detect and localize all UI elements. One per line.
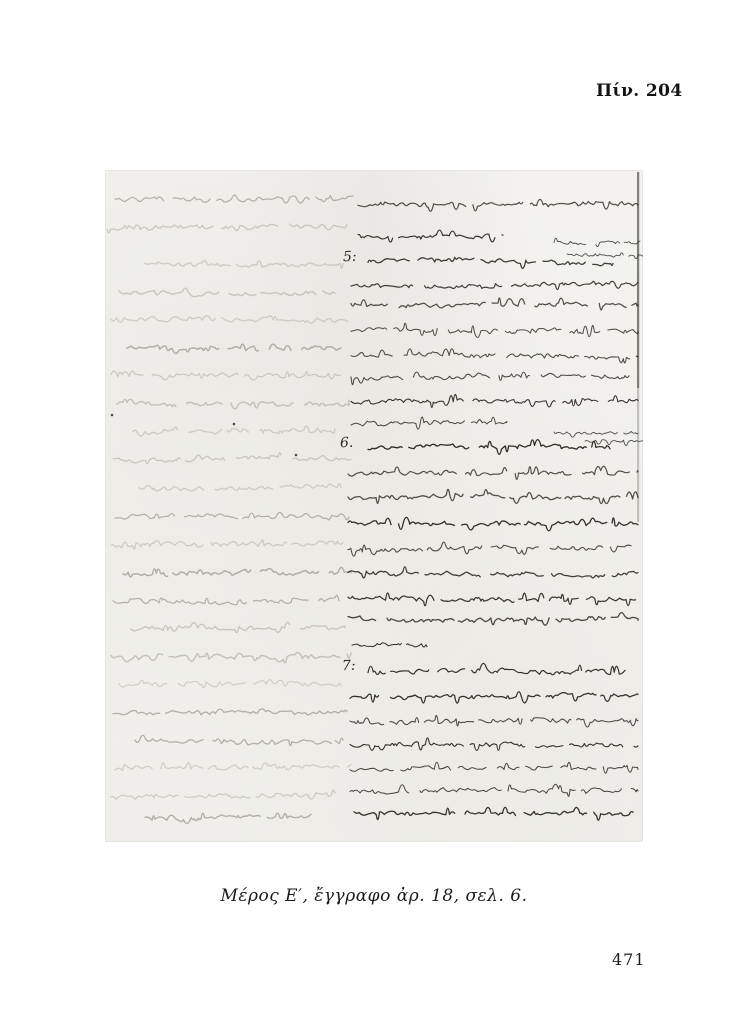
margin-note-line	[554, 238, 640, 246]
bleed-through-line	[113, 453, 351, 464]
bleed-through-line	[139, 484, 341, 491]
manuscript-text-line	[351, 417, 507, 429]
bleed-through-line	[115, 763, 351, 771]
bleed-through-line	[123, 567, 351, 576]
bleed-through-line	[111, 540, 343, 549]
page-edge-line	[637, 172, 639, 388]
bleed-through-line	[111, 371, 340, 380]
book-page: Πίν. 204 5:6.7: Μέρος Ε′, ἔγγραφο ἀρ. 18…	[0, 0, 743, 1027]
page-number: 471	[612, 950, 646, 969]
bleed-through-line	[127, 344, 341, 353]
manuscript-text-line	[348, 542, 631, 556]
manuscript-text-line	[351, 372, 629, 385]
manuscript-text-line	[350, 762, 638, 773]
bleed-through-line	[115, 195, 353, 203]
ink-dot	[233, 423, 236, 426]
manuscript-text-line	[351, 323, 638, 337]
manuscript-text-line	[348, 613, 638, 626]
margin-note-line	[585, 440, 643, 446]
bleed-through-line	[111, 652, 351, 662]
paragraph-marker: 7:	[342, 659, 356, 673]
bleed-through-line	[145, 260, 343, 268]
bleed-through-line	[113, 595, 339, 604]
bleed-through-line	[135, 735, 343, 745]
margin-note-line	[554, 431, 638, 437]
bleed-through-line	[117, 399, 349, 408]
facsimile-svg	[105, 170, 643, 842]
manuscript-text-line	[348, 517, 638, 531]
manuscript-text-line	[350, 715, 638, 727]
manuscript-text-line	[350, 738, 638, 751]
manuscript-photo: 5:6.7:	[105, 170, 643, 842]
margin-note-line	[567, 253, 643, 259]
manuscript-text-line	[350, 784, 638, 796]
bleed-through-line	[113, 709, 347, 715]
bleed-through-line	[111, 316, 348, 323]
ink-dot	[295, 454, 298, 457]
page-edge-line	[637, 388, 639, 522]
ink-dot	[111, 414, 114, 417]
manuscript-text-line	[358, 230, 503, 242]
bleed-through-line	[133, 426, 335, 436]
manuscript-text-line	[368, 440, 610, 455]
manuscript-text-line	[354, 807, 633, 820]
bleed-through-line	[131, 622, 345, 632]
plate-caption: Μέρος Ε′, ἔγγραφο ἀρ. 18, σελ. 6.	[105, 886, 643, 906]
paragraph-marker: 6.	[340, 436, 354, 450]
bleed-through-line	[145, 813, 311, 823]
manuscript-text-line	[351, 281, 638, 289]
manuscript-text-line	[368, 257, 613, 268]
manuscript-text-line	[348, 567, 638, 578]
manuscript-text-line	[351, 298, 638, 310]
bleed-through-line	[107, 224, 347, 233]
bleed-through-line	[115, 512, 349, 520]
plate-label: Πίν. 204	[596, 81, 683, 101]
paragraph-marker: 5:	[343, 250, 357, 264]
bleed-through-line	[111, 790, 335, 799]
manuscript-text-line	[351, 349, 638, 363]
manuscript-text-line	[358, 199, 638, 211]
manuscript-text-line	[348, 466, 638, 479]
manuscript-text-line	[368, 663, 625, 674]
manuscript-text-line	[352, 643, 427, 647]
bleed-through-line	[119, 288, 335, 296]
manuscript-text-line	[351, 394, 638, 407]
manuscript-text-line	[348, 593, 636, 606]
manuscript-text-line	[348, 489, 638, 503]
manuscript-text-line	[350, 692, 638, 703]
bleed-through-line	[119, 680, 341, 688]
